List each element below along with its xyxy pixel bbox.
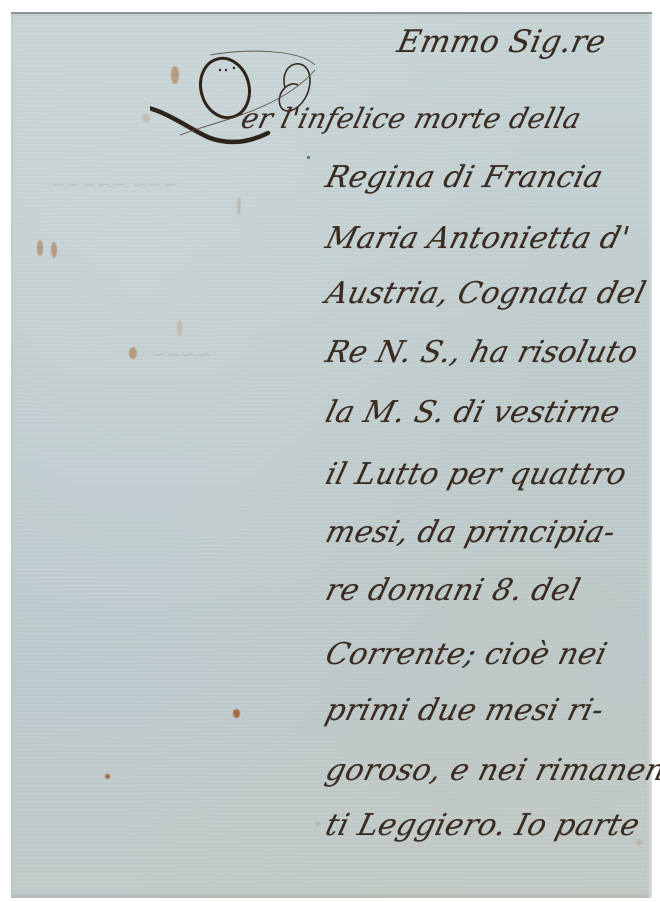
letter-line-11: primi due mesi ri- — [322, 693, 607, 728]
ink-stain — [142, 114, 150, 122]
ink-stain — [51, 242, 57, 258]
letter-line-7: il Lutto per quattro — [322, 457, 630, 492]
ink-stain — [37, 240, 43, 256]
letter-line-9: re domani 8. del — [322, 573, 584, 608]
letter-line-6: la M. S. di vestirne — [322, 395, 624, 430]
letter-line-2: Regina di Francia — [322, 160, 607, 195]
letter-line-3: Maria Antonietta d' — [322, 221, 633, 256]
letter-line-10: Corrente; cioè nei — [322, 637, 611, 672]
foxing-spot — [636, 839, 642, 845]
letter-line-13: ti Leggiero. Io parte — [322, 808, 643, 843]
ink-dot — [307, 156, 310, 159]
letter-line-4: Austria, Cognata del — [322, 276, 650, 311]
foxing-spot — [233, 709, 240, 718]
ink-stain — [177, 320, 182, 336]
salutation: Emmo Sig.re — [394, 24, 609, 60]
foxing-spot — [315, 821, 320, 826]
decorative-initial-p — [150, 50, 320, 150]
letter-line-5: Re N. S., ha risoluto — [322, 335, 642, 370]
letter-line-12: goroso, e nei rimanen- — [322, 753, 660, 788]
bleed-through-text: ~~~ ~~~~~ — [51, 174, 177, 195]
ink-stain — [129, 347, 137, 359]
letter-line-8: mesi, da principia- — [322, 515, 619, 550]
letter-line-1: er l'infelice morte della — [238, 102, 585, 135]
ink-stain — [237, 197, 241, 215]
foxing-spot — [105, 774, 110, 779]
bleed-through-text: ~~~~ — [151, 344, 211, 365]
